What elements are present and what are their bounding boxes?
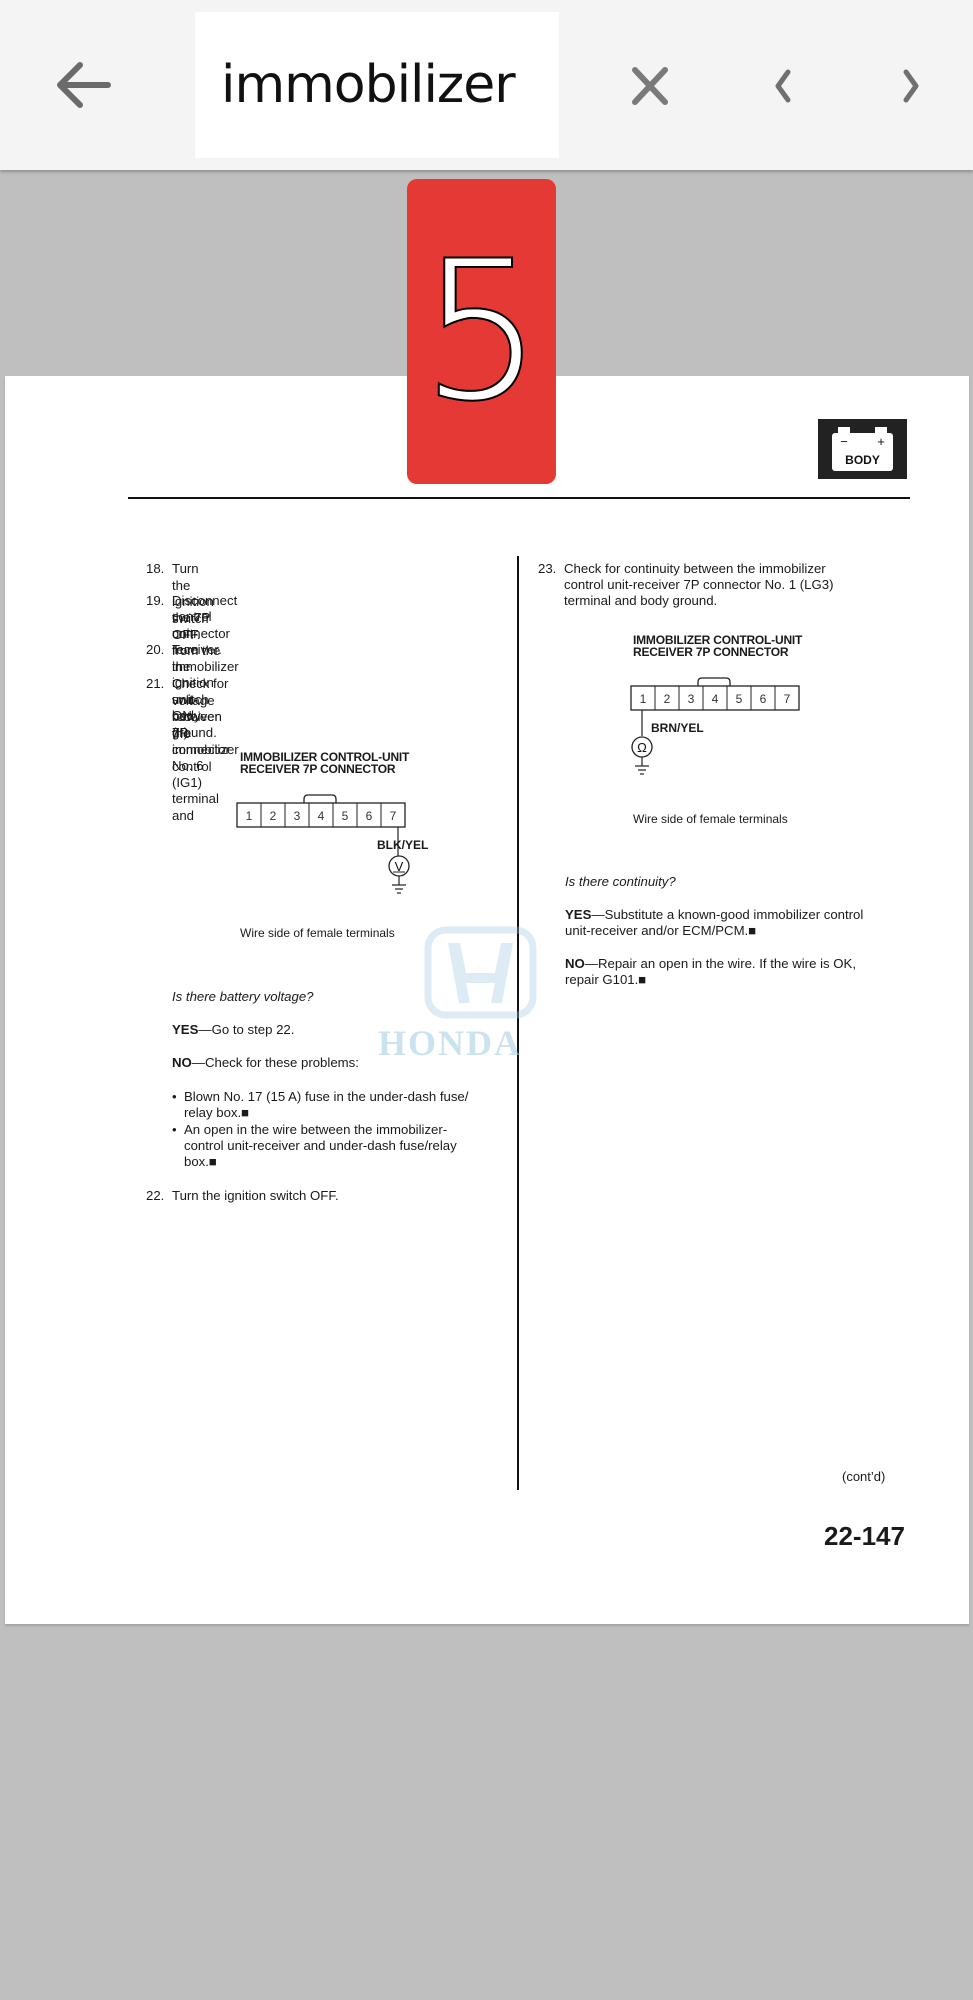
clear-search-button[interactable] <box>620 56 680 116</box>
chevron-left-icon <box>752 56 812 116</box>
svg-text:5: 5 <box>342 809 349 823</box>
match-count: 5 <box>407 237 556 427</box>
yes-answer: YES—Substitute a known-good immobilizer … <box>565 907 863 924</box>
connector-diagram-title: IMMOBILIZER CONTROL-UNIT RECEIVER 7P CON… <box>240 751 409 775</box>
close-icon <box>620 56 680 116</box>
svg-text:BODY: BODY <box>845 453 880 467</box>
diagram-caption: Wire side of female terminals <box>633 811 788 828</box>
svg-text:−: − <box>840 434 848 449</box>
left-column: 18. Turn the ignition switch OFF. 19. Di… <box>146 561 506 1211</box>
svg-text:4: 4 <box>712 692 719 706</box>
question-continuity: Is there continuity? <box>565 874 676 891</box>
svg-text:1: 1 <box>246 809 253 823</box>
no-answer-cont: repair G101.■ <box>565 972 646 989</box>
question-battery-voltage: Is there battery voltage? <box>172 989 313 1006</box>
previous-match-button[interactable] <box>752 56 812 116</box>
yes-answer: YES—Go to step 22. <box>172 1022 294 1039</box>
svg-text:7: 7 <box>390 809 397 823</box>
find-in-page-toolbar <box>0 0 973 170</box>
wire-label: BRN/YEL <box>651 720 704 737</box>
right-column: 23. Check for continuity between the imm… <box>538 561 918 1001</box>
next-match-button[interactable] <box>882 56 942 116</box>
diagram-caption: Wire side of female terminals <box>240 925 395 942</box>
wire-label: BLK/YEL <box>377 837 428 854</box>
svg-text:6: 6 <box>760 692 767 706</box>
chevron-right-icon <box>882 56 942 116</box>
svg-text:Ω: Ω <box>637 740 647 755</box>
svg-text:3: 3 <box>688 692 695 706</box>
continued-label: (cont’d) <box>842 1469 885 1484</box>
page-number: 22-147 <box>824 1521 905 1552</box>
svg-text:7: 7 <box>784 692 791 706</box>
svg-text:+: + <box>877 434 885 449</box>
battery-body-icon: − + BODY <box>818 419 907 479</box>
arrow-left-icon <box>52 56 116 114</box>
no-answer: NO—Check for these problems: <box>172 1055 359 1072</box>
svg-text:5: 5 <box>736 692 743 706</box>
search-input[interactable] <box>195 12 559 158</box>
svg-text:3: 3 <box>294 809 301 823</box>
svg-text:2: 2 <box>664 692 671 706</box>
connector-diagram-title: IMMOBILIZER CONTROL-UNIT RECEIVER 7P CON… <box>633 634 802 658</box>
header-rule <box>128 497 910 499</box>
yes-answer-cont: unit-receiver and/or ECM/PCM.■ <box>565 923 756 940</box>
svg-text:1: 1 <box>640 692 647 706</box>
svg-text:2: 2 <box>270 809 277 823</box>
back-button[interactable] <box>52 56 116 114</box>
voltmeter-icon: V <box>387 855 411 899</box>
svg-text:4: 4 <box>318 809 325 823</box>
match-count-badge: 5 <box>407 179 556 484</box>
no-answer: NO—Repair an open in the wire. If the wi… <box>565 956 856 973</box>
svg-text:6: 6 <box>366 809 373 823</box>
ohmmeter-icon: Ω <box>630 736 654 780</box>
